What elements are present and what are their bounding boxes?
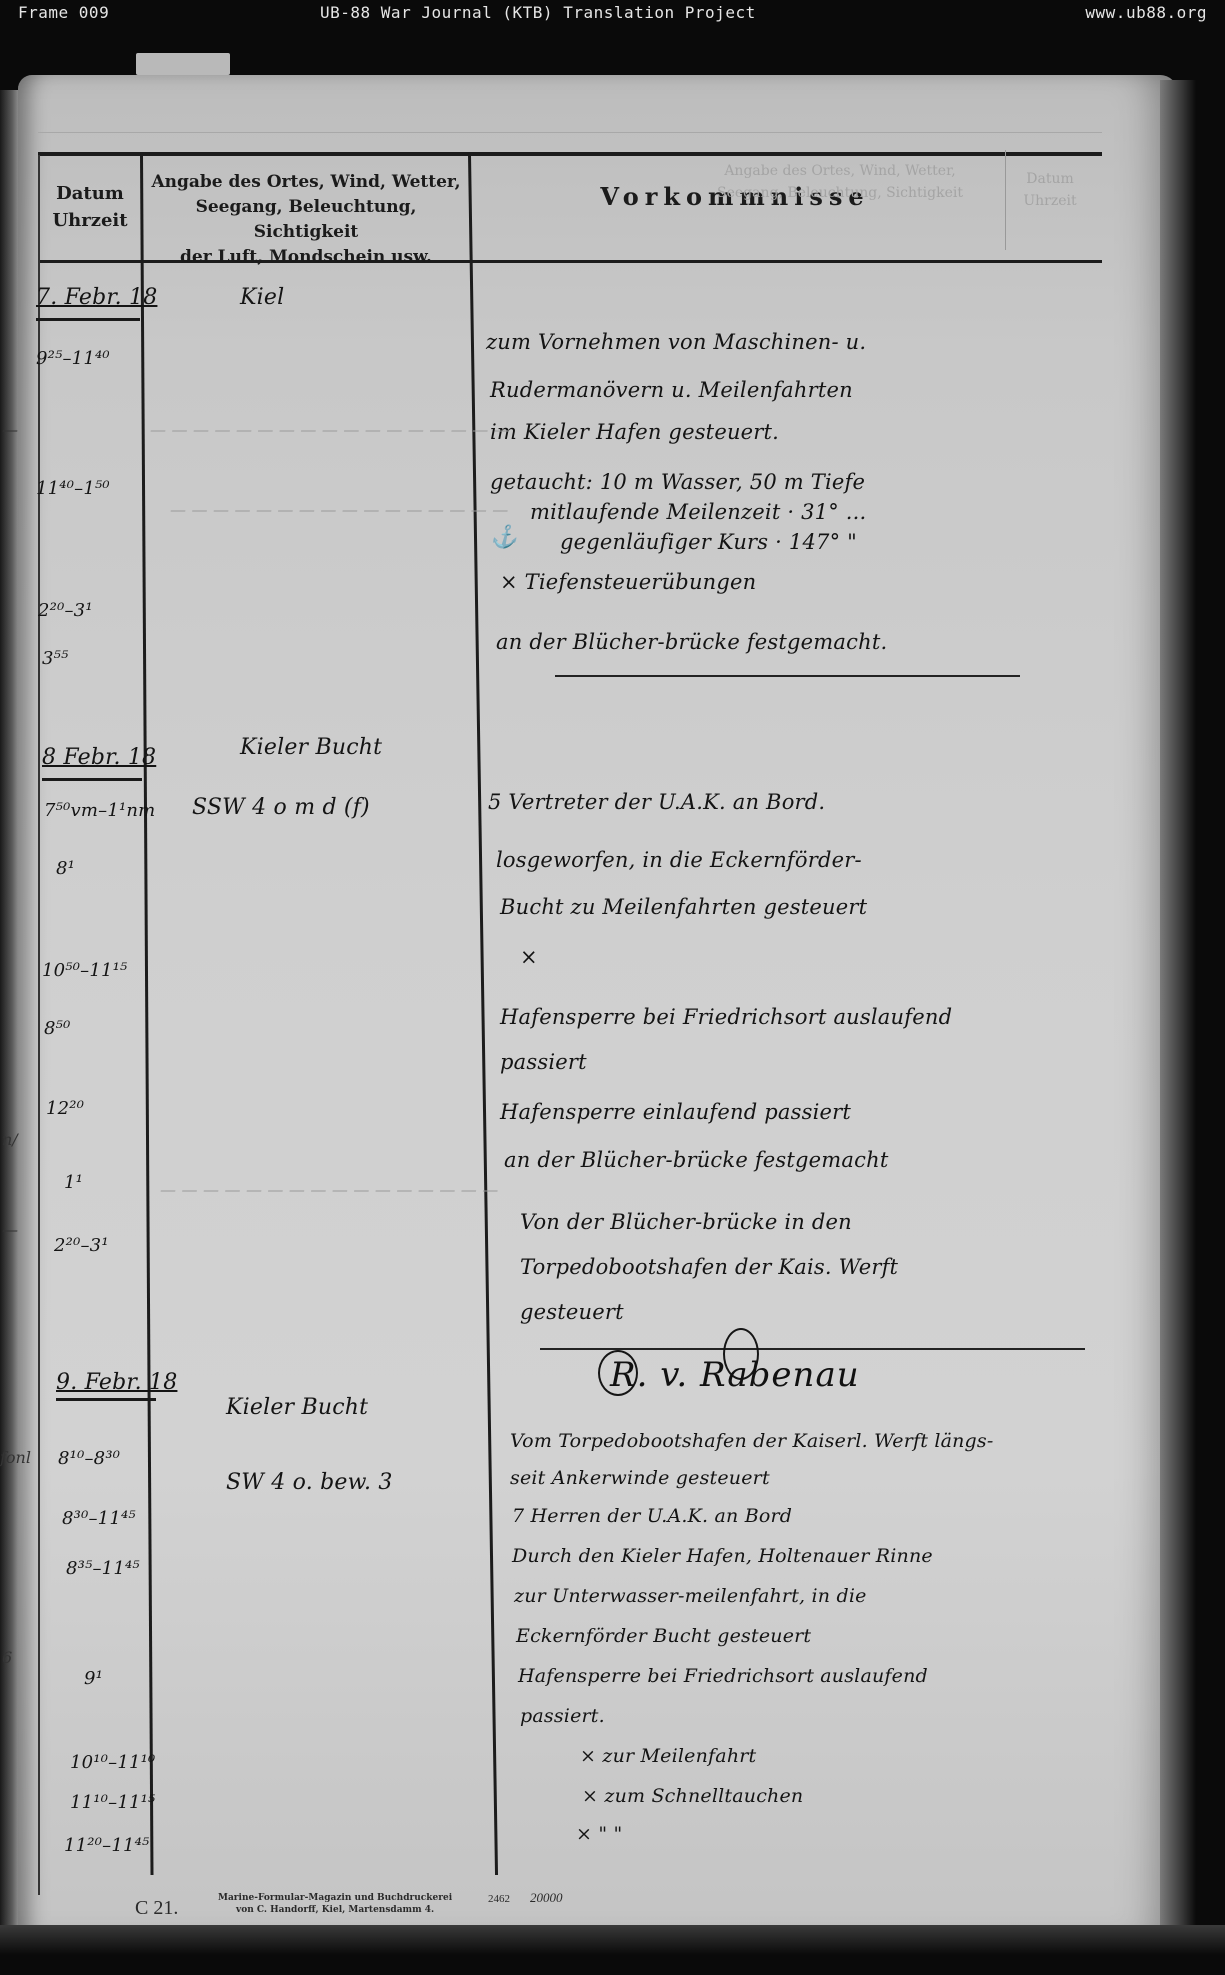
entry-line: × zur Meilenfahrt: [580, 1745, 756, 1767]
entry-line: Hafensperre bei Friedrichsort auslaufend: [518, 1665, 928, 1687]
header-angabe-line1: Angabe des Ortes, Wind, Wetter,: [145, 170, 467, 195]
frame-label: Frame 009: [18, 3, 109, 22]
entry-time: 10⁵⁰–11¹⁵: [42, 960, 127, 981]
commander-signature: R. v. Rabenau: [610, 1355, 860, 1395]
entry-line: Durch den Kieler Hafen, Holtenauer Rinne: [512, 1545, 933, 1567]
entry-line: zur Unterwasser-meilenfahrt, in die: [514, 1585, 867, 1607]
entry-separator: [555, 675, 1020, 677]
print-number: 2462: [488, 1893, 510, 1905]
entry-line: Eckernförder Bucht gesteuert: [516, 1625, 811, 1647]
entry-line: × " ": [576, 1823, 622, 1845]
header-angabe-line3: der Luft, Mondschein usw.: [145, 245, 467, 270]
frame-title-bar: Frame 009 UB-88 War Journal (KTB) Transl…: [0, 0, 1225, 28]
entry-time: 9¹: [84, 1668, 103, 1689]
website-link[interactable]: www.ub88.org: [1085, 3, 1207, 22]
header-top-rule: [38, 152, 1102, 156]
entry-line: mitlaufende Meilenzeit · 31° ...: [530, 500, 866, 524]
entry-line: ×: [520, 945, 538, 969]
entry-line: Von der Blücher-brücke in den: [520, 1210, 852, 1234]
table-left-border: [38, 155, 40, 1895]
form-code: C 21.: [135, 1897, 178, 1920]
margin-note: n/: [2, 1130, 18, 1149]
entry-line: losgeworfen, in die Eckernförder-: [496, 848, 862, 872]
entry-line: getaucht: 10 m Wasser, 50 m Tiefe: [490, 470, 865, 494]
entry-time: 3⁵⁵: [42, 648, 68, 669]
bleedthrough-text: — — — — — — — — — — — — — — — —: [170, 500, 509, 519]
entry-date: 8 Febr. 18: [42, 745, 156, 770]
entry-line: an der Blücher-brücke festgemacht: [504, 1148, 888, 1172]
entry-line: passiert: [500, 1050, 587, 1074]
entry-time: 2²⁰–3¹: [38, 600, 93, 621]
entry-time: 8¹: [56, 858, 75, 879]
entry-time: 8¹⁰–8³⁰: [58, 1448, 120, 1469]
entry-line: × Tiefensteuerübungen: [500, 570, 756, 594]
header-angabe-line2: Seegang, Beleuchtung, Sichtigkeit: [145, 195, 467, 245]
entry-line: passiert.: [520, 1705, 605, 1727]
bleedthrough-text: — — — — — — — — — — — — — — — —: [160, 1180, 499, 1199]
bleedthrough-header: Angabe des Ortes, Wind, Wetter, Seegang,…: [680, 160, 1000, 204]
entry-time: 11²⁰–11⁴⁵: [64, 1835, 149, 1856]
book-edge-right: [1160, 80, 1196, 1940]
entry-time: 8³⁰–11⁴⁵: [62, 1508, 136, 1529]
entry-line: 5 Vertreter der U.A.K. an Bord.: [488, 790, 825, 814]
entry-time: 11⁴⁰–1⁵⁰: [36, 478, 110, 499]
entry-time: 8⁵⁰: [44, 1018, 70, 1039]
column-header-datum: Datum Uhrzeit: [40, 180, 140, 234]
entry-time: 7⁵⁰vm–1¹nm: [44, 800, 155, 821]
column-header-angabe: Angabe des Ortes, Wind, Wetter, Seegang,…: [145, 170, 467, 270]
entry-line: Hafensperre bei Friedrichsort auslaufend: [500, 1005, 952, 1029]
printer-imprint: Marine-Formular-Magazin und Buchdruckere…: [218, 1892, 452, 1916]
entry-line: seit Ankerwinde gesteuert: [510, 1467, 770, 1489]
print-run: 20000: [530, 1890, 563, 1906]
scan-bottom-edge: [0, 1925, 1225, 1975]
entry-line: Hafensperre einlaufend passiert: [500, 1100, 851, 1124]
entry-time: 8³⁵–11⁴⁵: [66, 1558, 140, 1579]
entry-location: Kieler Bucht: [226, 1395, 368, 1420]
margin-note: fonl: [0, 1448, 31, 1467]
bleedthrough-text: — — — — — — — — — — — — — — — — —: [150, 420, 510, 439]
entry-line: im Kieler Hafen gesteuert.: [490, 420, 779, 444]
entry-conditions: SSW 4 o m d (f): [192, 795, 370, 820]
date-underline: [36, 318, 140, 321]
entry-line: Vom Torpedobootshafen der Kaiserl. Werft…: [510, 1430, 994, 1452]
margin-note: —: [2, 1220, 18, 1239]
entry-line: Bucht zu Meilenfahrten gesteuert: [500, 895, 867, 919]
project-title: UB-88 War Journal (KTB) Translation Proj…: [320, 3, 756, 22]
entry-line: gesteuert: [520, 1300, 624, 1324]
date-underline: [42, 778, 142, 781]
margin-note: —: [2, 420, 18, 439]
date-underline: [56, 1398, 156, 1401]
entry-line: gegenläufiger Kurs · 147° ": [560, 530, 857, 554]
margin-note: 6: [2, 1648, 12, 1667]
anchor-icon: ⚓: [490, 525, 517, 550]
entry-line: Rudermanövern u. Meilenfahrten: [490, 378, 853, 402]
page-tab: [136, 53, 230, 75]
header-top-faint-rule: [38, 132, 1102, 133]
entry-location: Kiel: [240, 285, 284, 310]
entry-line: × zum Schnelltauchen: [582, 1785, 803, 1807]
entry-time: 2²⁰–3¹: [54, 1235, 109, 1256]
header-datum-label: Datum: [40, 180, 140, 207]
entry-time: 11¹⁰–11¹⁵: [70, 1792, 155, 1813]
entry-line: an der Blücher-brücke festgemacht.: [496, 630, 887, 654]
entry-line: 7 Herren der U.A.K. an Bord: [512, 1505, 792, 1527]
header-uhrzeit-label: Uhrzeit: [40, 207, 140, 234]
entry-time: 12²⁰: [46, 1098, 84, 1119]
bleedthrough-divider: [1005, 150, 1006, 250]
entry-time: 9²⁵–11⁴⁰: [36, 348, 110, 369]
entry-location: Kieler Bucht: [240, 735, 382, 760]
entry-line: Torpedobootshafen der Kais. Werft: [520, 1255, 898, 1279]
entry-time: 1¹: [64, 1172, 83, 1193]
entry-line: zum Vornehmen von Maschinen- u.: [486, 330, 866, 354]
entry-time: 10¹⁰–11¹⁰: [70, 1752, 155, 1773]
bleedthrough-datum: Datum Uhrzeit: [1010, 168, 1090, 212]
entry-date: 9. Febr. 18: [56, 1370, 177, 1395]
entry-date: 7. Febr. 18: [36, 285, 157, 310]
entry-conditions: SW 4 o. bew. 3: [226, 1470, 393, 1495]
